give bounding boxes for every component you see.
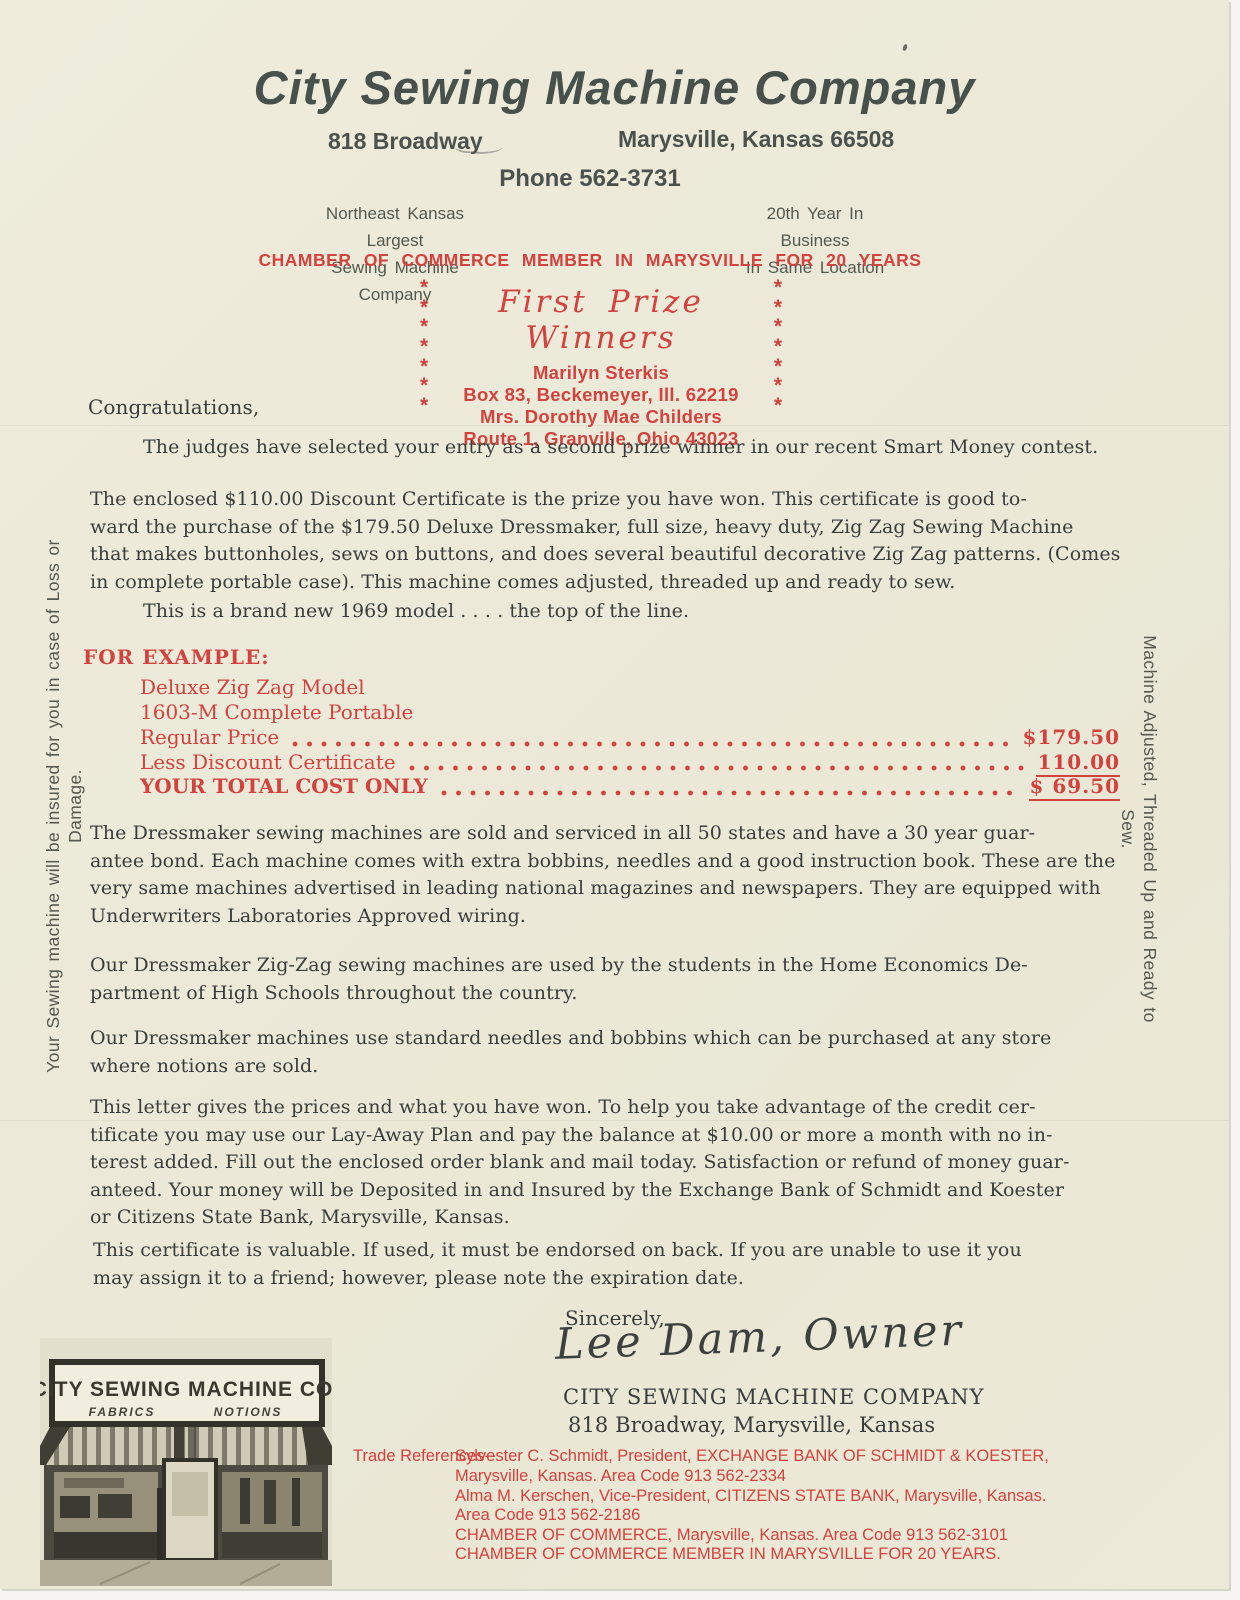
prize-winners-box: * * * * * * * First Prize Winners Marily…	[420, 282, 782, 416]
trade-reference-lines: Marysville, Kansas. Area Code 913 562-23…	[455, 1467, 1046, 1565]
sign-notions: NOTIONS	[214, 1405, 283, 1419]
salutation: Congratulations,	[88, 394, 259, 422]
dot-leader	[406, 755, 1028, 773]
fold-line	[0, 425, 1229, 426]
asterisk-icon: *	[420, 302, 436, 314]
price-row-discount: Less Discount Certificate 110.00	[140, 750, 1120, 775]
storefront-photo: CITY SEWING MACHINE CO. FABRICS NOTIONS	[40, 1338, 332, 1586]
asterisk-column-left: * * * * * * *	[420, 282, 436, 412]
side-note-machine-ready: Machine Adjusted, Threaded Up and Ready …	[1139, 617, 1161, 1041]
asterisk-icon: *	[774, 361, 782, 373]
asterisk-icon: *	[420, 341, 436, 353]
price-label: Regular Price	[140, 725, 279, 749]
asterisk-icon: *	[774, 380, 782, 392]
side-note-insurance: Your Sewing machine will be insured for …	[42, 517, 64, 1095]
price-label: YOUR TOTAL COST ONLY	[140, 774, 428, 798]
paragraph-1969-model: This is a brand new 1969 model . . . . t…	[143, 598, 689, 626]
paragraph-certificate: The enclosed $110.00 Discount Certificat…	[90, 486, 1130, 596]
asterisk-icon: *	[774, 302, 782, 314]
asterisk-icon: *	[420, 380, 436, 392]
asterisk-icon: *	[420, 361, 436, 373]
paragraph-layaway: This letter gives the prices and what yo…	[90, 1094, 1135, 1232]
storefront-illustration: CITY SEWING MACHINE CO. FABRICS NOTIONS	[40, 1338, 332, 1586]
chamber-of-commerce-line: CHAMBER OF COMMERCE MEMBER IN MARYSVILLE…	[0, 250, 1180, 271]
company-title: City Sewing Machine Company	[0, 60, 1229, 115]
sign-text: CITY SEWING MACHINE CO.	[40, 1378, 332, 1401]
example-heading: FOR EXAMPLE:	[83, 645, 1120, 669]
asterisk-icon: *	[774, 341, 782, 353]
asterisk-icon: *	[420, 321, 436, 333]
asterisk-icon: *	[774, 282, 782, 294]
price-value: 110.00	[1036, 750, 1120, 777]
asterisk-icon: *	[420, 282, 436, 294]
dot-leader	[438, 780, 1022, 798]
paragraph-judges: The judges have selected your entry as a…	[143, 434, 1098, 462]
prize-title: First Prize Winners	[436, 284, 766, 356]
city-address: Marysville, Kansas 66508	[618, 126, 894, 153]
phone-number: Phone 562-3731	[0, 165, 1180, 193]
asterisk-icon: *	[420, 400, 436, 412]
sign-fabrics: FABRICS	[89, 1405, 156, 1419]
paragraph-endorsement: This certificate is valuable. If used, i…	[93, 1237, 1133, 1292]
letter-paper: City Sewing Machine Company 818 Broadway…	[0, 0, 1229, 1589]
scan-speck	[902, 44, 908, 52]
price-example-section: FOR EXAMPLE: Deluxe Zig Zag Model 1603-M…	[83, 645, 1120, 799]
trade-reference-line: Sylvester C. Schmidt, President, EXCHANG…	[455, 1447, 1049, 1467]
model-description: Deluxe Zig Zag Model 1603-M Complete Por…	[140, 675, 1120, 725]
dot-leader	[289, 731, 1014, 749]
price-label: Less Discount Certificate	[140, 750, 396, 774]
asterisk-column-right: * * * * * * *	[766, 282, 782, 412]
asterisk-icon: *	[774, 400, 782, 412]
price-row-regular: Regular Price $179.50	[140, 725, 1120, 750]
closing-company-address: 818 Broadway, Marysville, Kansas	[568, 1412, 935, 1440]
prize-box-content: First Prize Winners Marilyn Sterkis Box …	[436, 282, 766, 416]
asterisk-icon: *	[774, 321, 782, 333]
price-value: $179.50	[1023, 725, 1120, 749]
fold-line	[0, 1120, 1229, 1121]
price-row-total: YOUR TOTAL COST ONLY $ 69.50	[140, 774, 1120, 799]
price-value: $ 69.50	[1029, 774, 1120, 801]
paragraph-needles: Our Dressmaker machines use standard nee…	[90, 1025, 1130, 1080]
paragraph-home-economics: Our Dressmaker Zig-Zag sewing machines a…	[90, 952, 1130, 1007]
paragraph-guarantee: The Dressmaker sewing machines are sold …	[90, 820, 1130, 930]
closing-company-name: CITY SEWING MACHINE COMPANY	[563, 1384, 984, 1412]
